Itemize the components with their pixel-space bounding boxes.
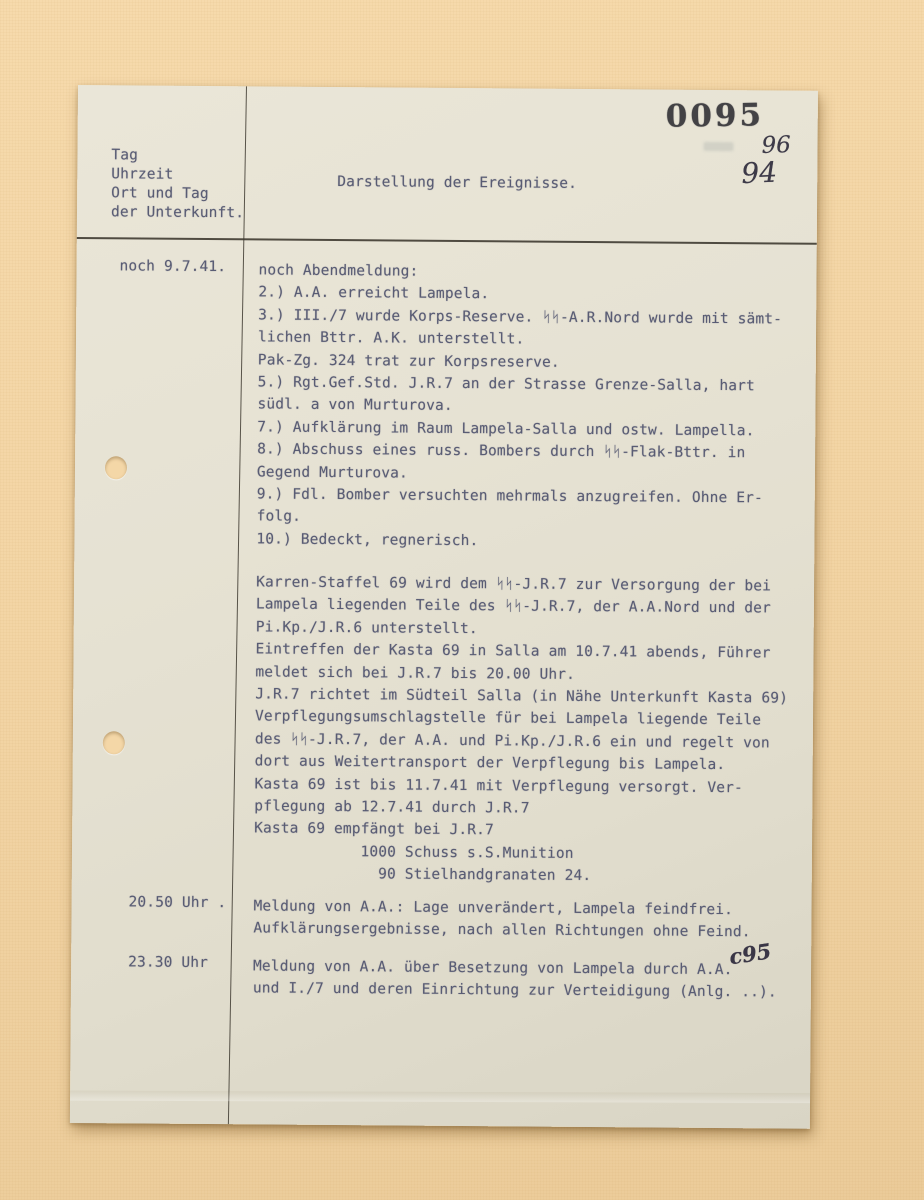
event-line: und I./7 und deren Einrichtung zur Verte… xyxy=(253,978,811,1005)
header-left-line: der Unterkunft. xyxy=(111,203,244,223)
events-text-block: noch Abendmeldung: 2.) A.A. erreicht Lam… xyxy=(256,259,816,555)
time-cell: 23.30 Uhr xyxy=(128,954,208,971)
punch-hole xyxy=(103,731,125,754)
diary-row: noch 9.7.41. noch Abendmeldung: 2.) A.A.… xyxy=(74,258,816,555)
header-left-line: Ort und Tag xyxy=(111,184,244,204)
events-text-block: Meldung von A.A.: Lage unverändert, Lamp… xyxy=(253,895,811,944)
stamp-page-number: 0095 xyxy=(666,97,765,134)
document-paper: Tag Uhrzeit Ort und Tag der Unterkunft. … xyxy=(70,85,818,1129)
header-left-line: Uhrzeit xyxy=(111,165,244,185)
events-column-header: Darstellung der Ereignisse. xyxy=(337,174,577,192)
events-text-block: Meldung von A.A. über Besetzung von Lamp… xyxy=(253,955,811,1004)
photo-background: Tag Uhrzeit Ort und Tag der Unterkunft. … xyxy=(0,0,924,1200)
diary-row: Karren-Staffel 69 wird dem ᛋᛋ-J.R.7 zur … xyxy=(72,570,814,889)
time-cell: noch 9.7.41. xyxy=(120,258,227,275)
header-rule-line xyxy=(77,237,817,244)
photo: { "document": { "stamp_number": "0095", … xyxy=(0,0,924,1200)
events-text-block: Karren-Staffel 69 wird dem ᛋᛋ-J.R.7 zur … xyxy=(254,571,814,889)
time-cell: 20.50 Uhr . xyxy=(129,894,227,911)
paper-crease xyxy=(70,1091,810,1104)
faded-stamp-remnant xyxy=(704,142,734,151)
event-line: 90 Stielhandgranaten 24. xyxy=(254,863,812,890)
header-left-line: Tag xyxy=(111,146,244,166)
punch-hole xyxy=(105,456,127,479)
handwritten-page-number-bottom: 94 xyxy=(741,156,778,191)
event-line: Aufklärungsergebnisse, nach allen Richtu… xyxy=(253,918,811,945)
diary-row: 20.50 Uhr . Meldung von A.A.: Lage unver… xyxy=(71,894,811,945)
diary-row: 23.30 Uhr Meldung von A.A. über Besetzun… xyxy=(71,954,811,1005)
event-line: 10.) Bedeckt, regnerisch. xyxy=(256,528,814,555)
header-left-column: Tag Uhrzeit Ort und Tag der Unterkunft. xyxy=(111,146,245,223)
